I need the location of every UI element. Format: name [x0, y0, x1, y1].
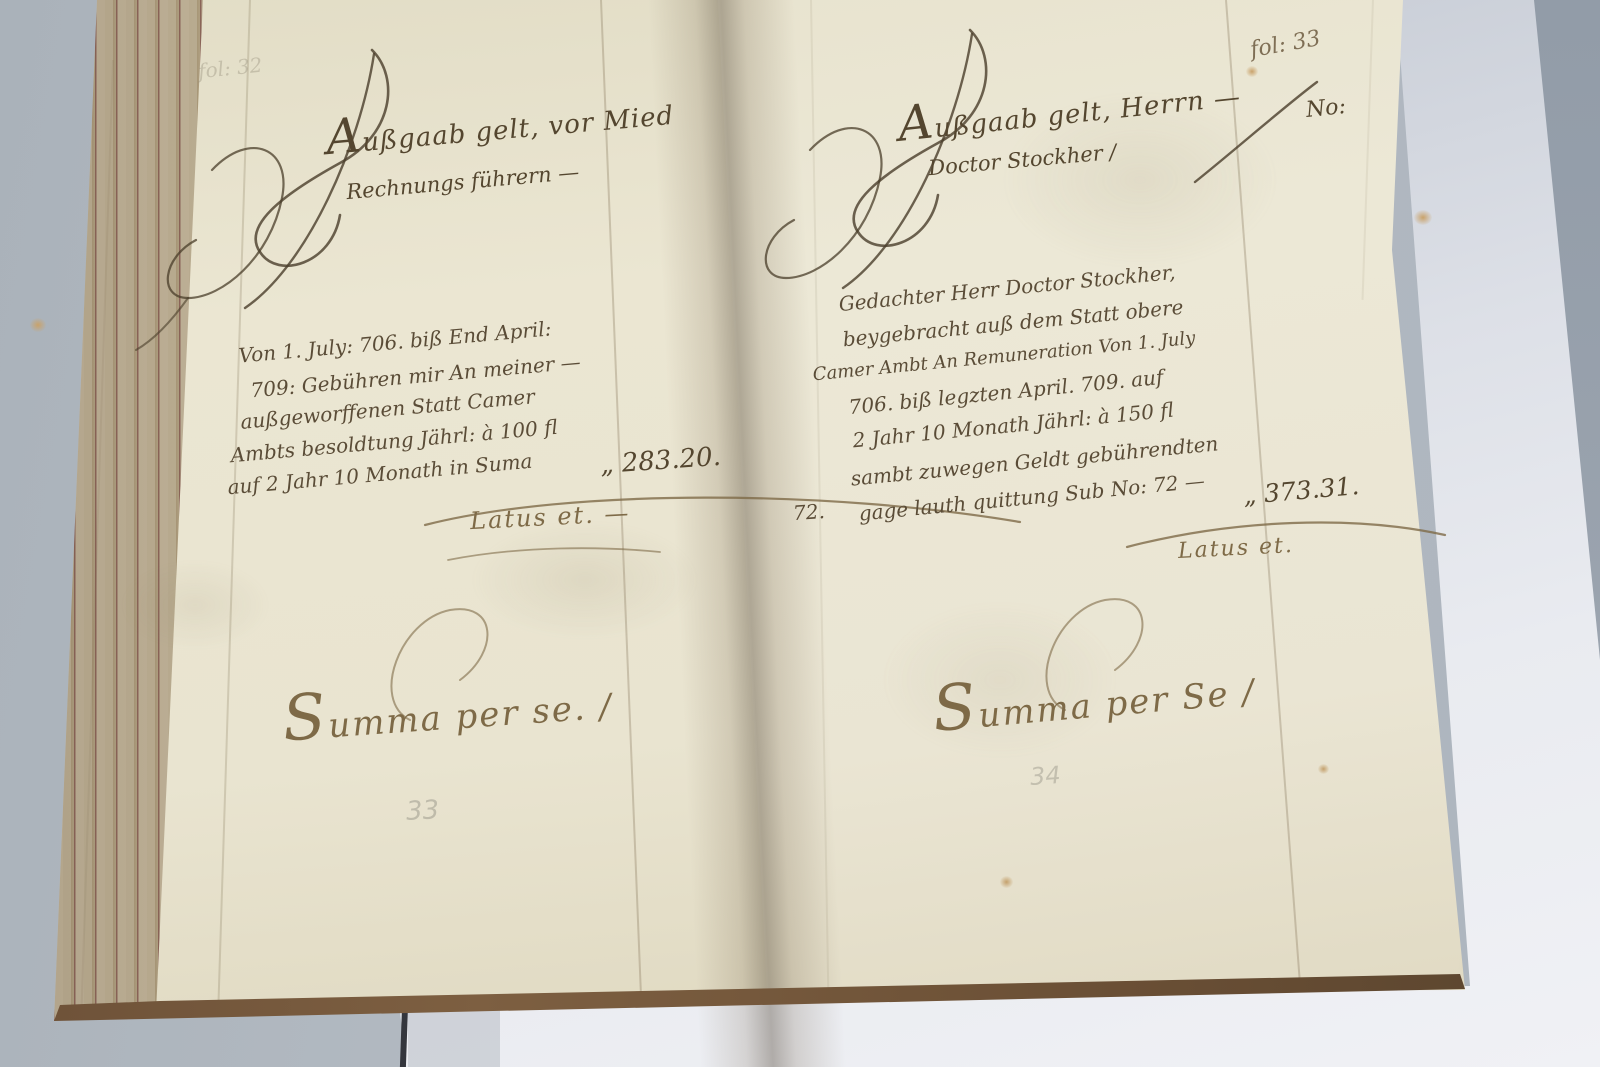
left-amount-prefix: „: [599, 449, 615, 480]
ink-bleed-smudge: [120, 560, 270, 650]
right-summa-flourish-icon: [960, 585, 1220, 730]
foxing-spot: [1000, 876, 1013, 888]
open-book: fol: 32 Außgaab gelt, vor Mied Rechnungs…: [0, 0, 1600, 1067]
right-latus-swash-icon: [1115, 505, 1475, 585]
photo-manuscript-ledger: fol: 32 Außgaab gelt, vor Mied Rechnungs…: [0, 0, 1600, 1067]
foxing-spot: [1318, 764, 1329, 774]
right-pencil-page-number: 34: [1029, 761, 1061, 791]
foxing-spot: [1414, 210, 1432, 225]
foxing-spot: [30, 318, 46, 332]
right-heading-slash-icon: [1185, 70, 1345, 200]
left-summa-flourish-icon: [300, 600, 560, 740]
right-margin-reference: 72.: [792, 499, 825, 525]
left-pencil-page-number: 33: [405, 795, 440, 827]
